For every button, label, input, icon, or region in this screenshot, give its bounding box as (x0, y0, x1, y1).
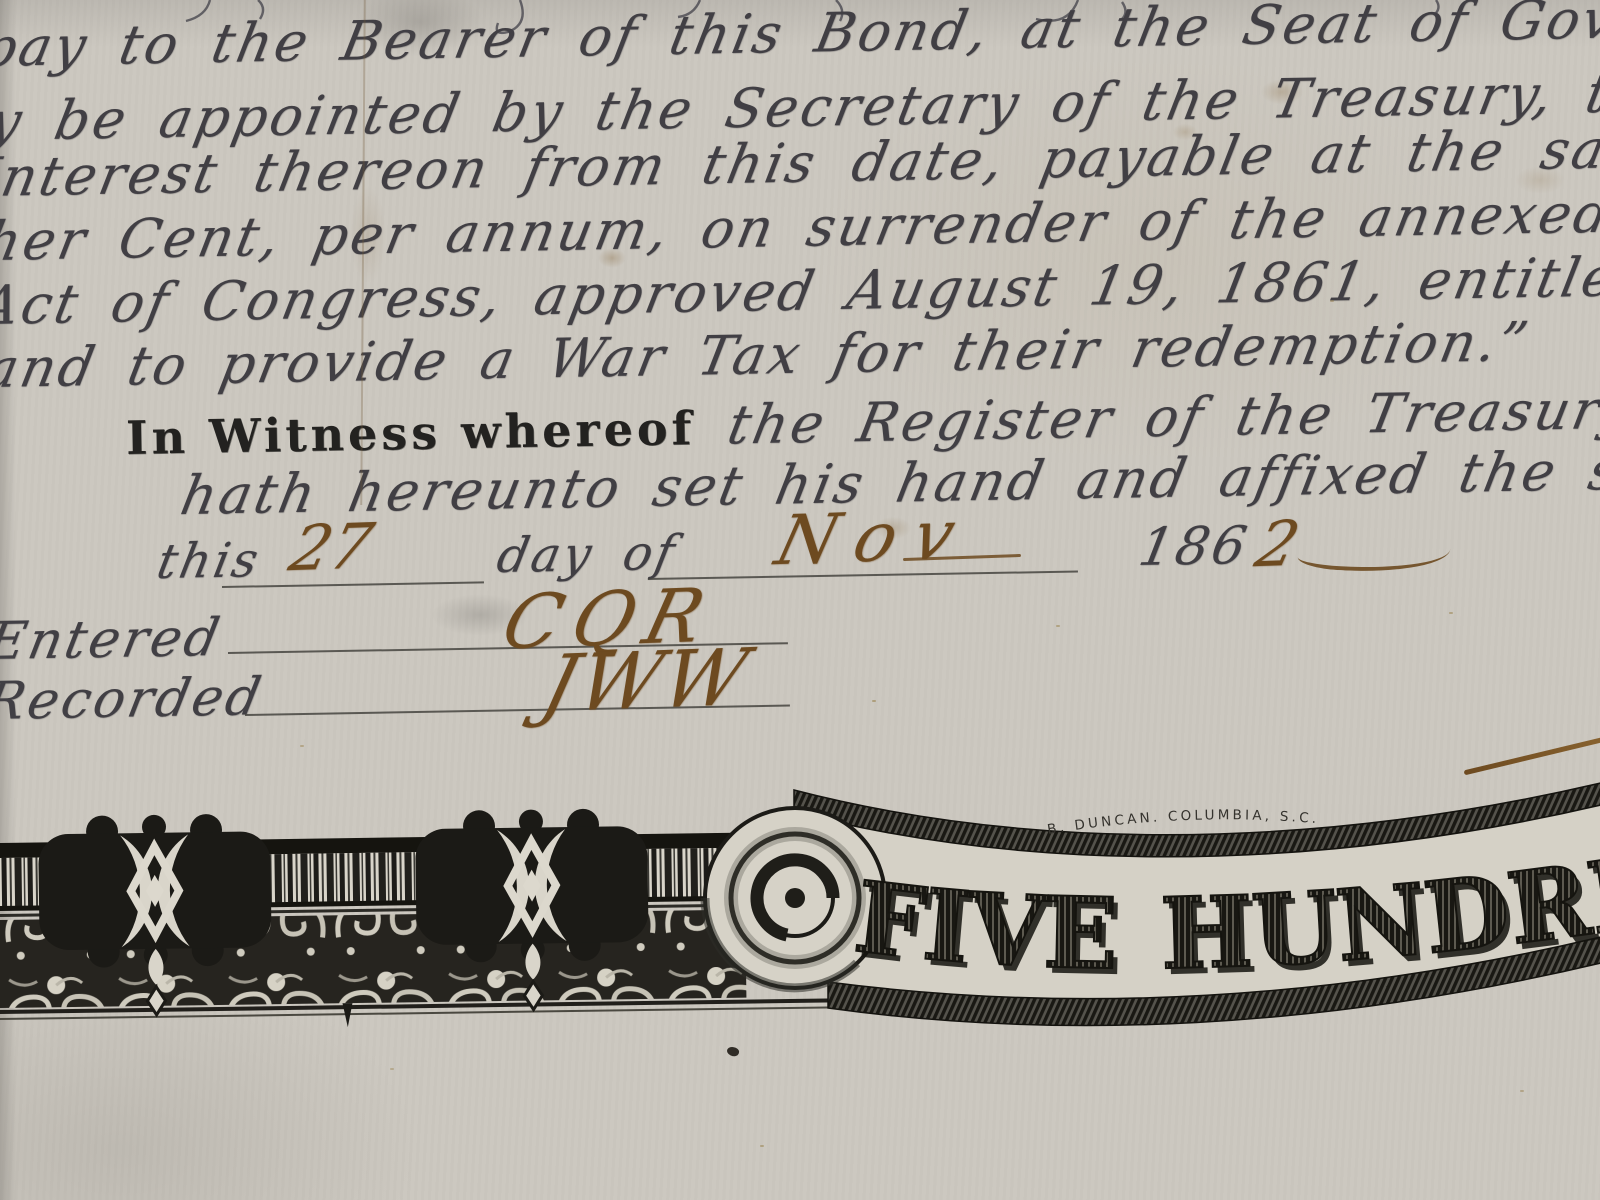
recorded-initials: JWW (534, 632, 760, 730)
paper-specks (872, 700, 876, 702)
engraved-border: FIVE HUNDRED FIVE HUNDRED B. DUNCAN. COL… (0, 770, 1600, 1060)
entered-label: Entered (0, 608, 227, 672)
year-printed: 186 (1134, 516, 1254, 578)
witness-blackletter: In Witness whereof (126, 401, 696, 465)
date-prefix: this (153, 532, 266, 590)
handwritten-month: Nov (768, 495, 981, 581)
bond-document-photo: pay to the Bearer of this Bond, at the S… (0, 0, 1600, 1200)
recorded-label: Recorded (0, 667, 268, 732)
year-flourish-stroke (1297, 530, 1451, 576)
